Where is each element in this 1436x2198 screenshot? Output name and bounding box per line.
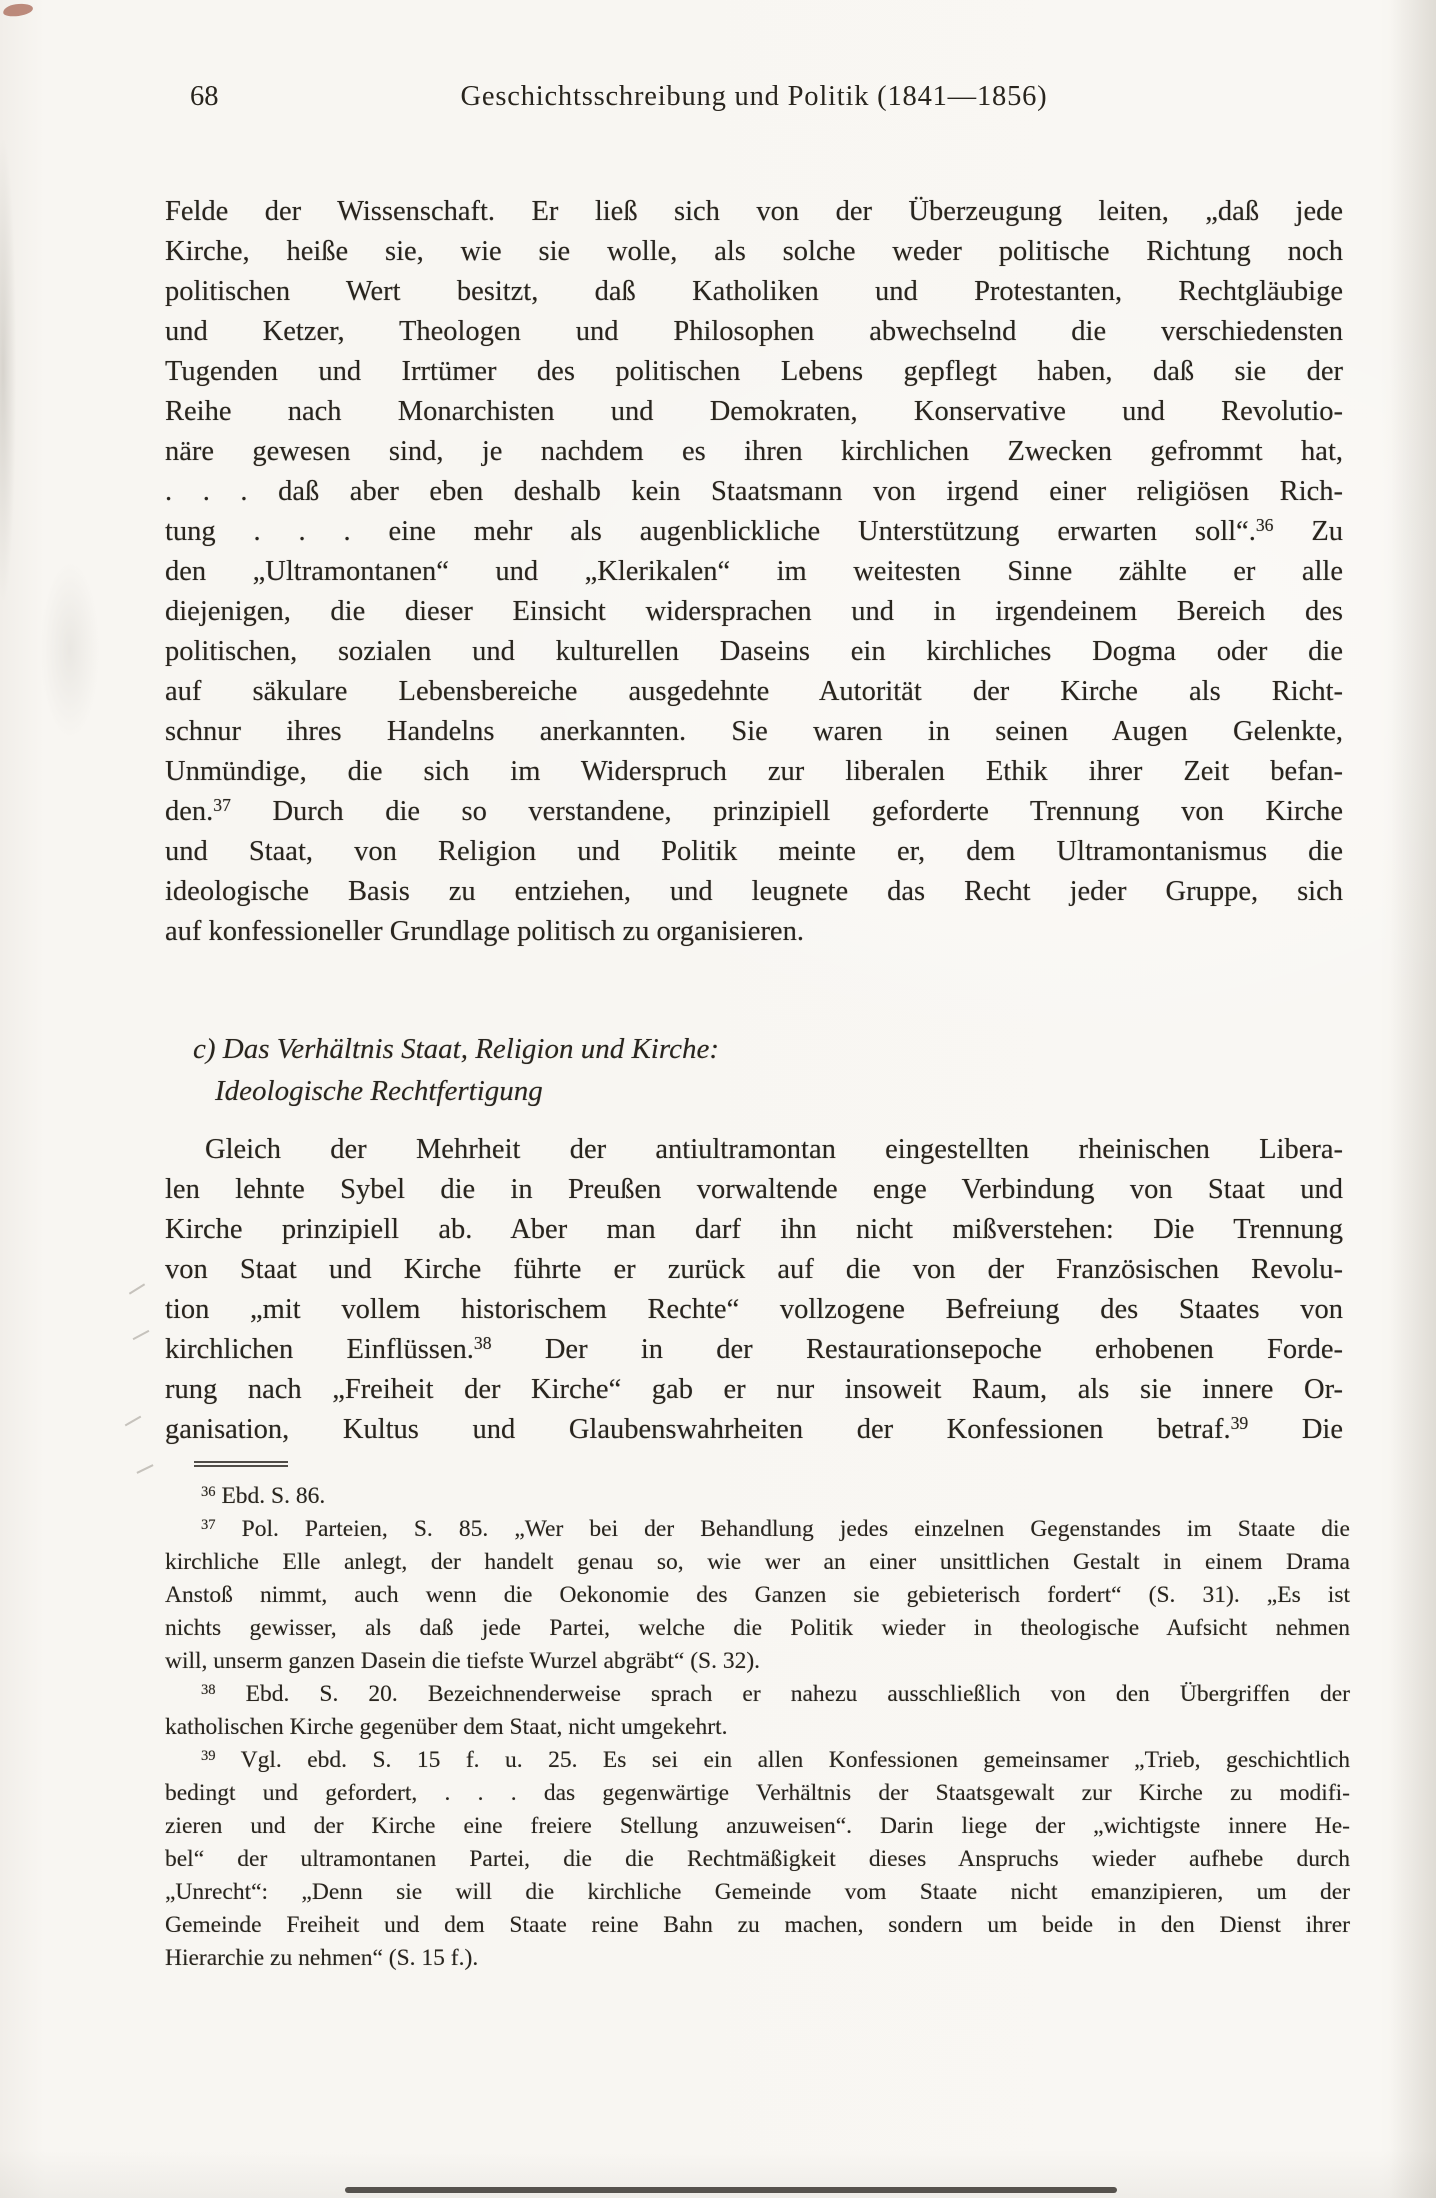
footnote-number: 36 bbox=[1256, 515, 1274, 535]
text-line: nichts gewisser, als daß jede Partei, we… bbox=[165, 1612, 1350, 1645]
text-line: kirchliche Elle anlegt, der handelt gena… bbox=[165, 1546, 1350, 1579]
footnote-number: 38 bbox=[201, 1682, 216, 1698]
scan-scratch bbox=[125, 1416, 142, 1427]
text-line: und Staat, von Religion und Politik mein… bbox=[165, 832, 1343, 872]
text-line: ganisation, Kultus und Glaubenswahrheite… bbox=[165, 1410, 1343, 1450]
text-line: Gleich der Mehrheit der antiultramontan … bbox=[165, 1130, 1343, 1170]
text-line: 36 Ebd. S. 86. bbox=[165, 1480, 1350, 1513]
text-line: schnur ihres Handelns anerkannten. Sie w… bbox=[165, 712, 1343, 752]
page-number: 68 bbox=[190, 80, 219, 114]
text-line: katholischen Kirche gegenüber dem Staat,… bbox=[165, 1711, 1350, 1744]
text-line: rung nach „Freiheit der Kirche“ gab er n… bbox=[165, 1370, 1343, 1410]
text-line: 37 Pol. Parteien, S. 85. „Wer bei der Be… bbox=[165, 1513, 1350, 1546]
text-line: 38 Ebd. S. 20. Bezeichnenderweise sprach… bbox=[165, 1678, 1350, 1711]
text-line: und Ketzer, Theologen und Philosophen ab… bbox=[165, 312, 1343, 352]
paragraph-1: Felde der Wissenschaft. Er ließ sich von… bbox=[165, 192, 1343, 952]
text-line: Gemeinde Freiheit und dem Staate reine B… bbox=[165, 1909, 1350, 1942]
text-line: kirchlichen Einflüssen.38 Der in der Res… bbox=[165, 1330, 1343, 1370]
footnote-number: 38 bbox=[474, 1333, 492, 1353]
text-line: den „Ultramontanen“ und „Klerikalen“ im … bbox=[165, 552, 1343, 592]
text-line: „Unrecht“: „Denn sie will die kirchliche… bbox=[165, 1876, 1350, 1909]
text-line: Felde der Wissenschaft. Er ließ sich von… bbox=[165, 192, 1343, 232]
running-title: Geschichtsschreibung und Politik (1841—1… bbox=[165, 80, 1343, 114]
scan-mark-bottom-edge bbox=[345, 2187, 1117, 2193]
scan-scratch bbox=[136, 1464, 153, 1474]
section-heading: c) Das Verhältnis Staat, Religion und Ki… bbox=[165, 1028, 1165, 1112]
text-line: bedingt und gefordert, . . . das gegenwä… bbox=[165, 1777, 1350, 1810]
scan-shade-bottom bbox=[0, 2150, 1436, 2198]
text-line: politischen, sozialen und kulturellen Da… bbox=[165, 632, 1343, 672]
text-line: Kirche prinzipiell ab. Aber man darf ihn… bbox=[165, 1210, 1343, 1250]
text-line: bel“ der ultramontanen Partei, die die R… bbox=[165, 1843, 1350, 1876]
section-heading-line2: Ideologische Rechtfertigung bbox=[165, 1070, 1165, 1112]
text-line: tung . . . eine mehr als augenblickliche… bbox=[165, 512, 1343, 552]
text-line: Anstoß nimmt, auch wenn die Oekonomie de… bbox=[165, 1579, 1350, 1612]
text-line: len lehnte Sybel die in Preußen vorwalte… bbox=[165, 1170, 1343, 1210]
page-header: 68 Geschichtsschreibung und Politik (184… bbox=[165, 80, 1343, 116]
footnotes: 36 Ebd. S. 86.37 Pol. Parteien, S. 85. „… bbox=[165, 1480, 1350, 1975]
footnote-number: 37 bbox=[213, 795, 231, 815]
text-line: den.37 Durch die so verstandene, prinzip… bbox=[165, 792, 1343, 832]
text-line: tion „mit vollem historischem Rechte“ vo… bbox=[165, 1290, 1343, 1330]
scan-scratch bbox=[129, 1283, 145, 1294]
footnote-36: 36 Ebd. S. 86. bbox=[165, 1480, 1350, 1513]
paragraph-2: Gleich der Mehrheit der antiultramontan … bbox=[165, 1130, 1343, 1450]
text-line: diejenigen, die dieser Einsicht widerspr… bbox=[165, 592, 1343, 632]
book-page: 68 Geschichtsschreibung und Politik (184… bbox=[0, 0, 1436, 2198]
text-line: will, unserm ganzen Dasein die tiefste W… bbox=[165, 1645, 1350, 1678]
text-line: von Staat und Kirche führte er zurück au… bbox=[165, 1250, 1343, 1290]
scan-smudge bbox=[40, 560, 100, 740]
scan-scratch bbox=[133, 1330, 150, 1340]
text-line: politischen Wert besitzt, daß Katholiken… bbox=[165, 272, 1343, 312]
text-line: . . . daß aber eben deshalb kein Staatsm… bbox=[165, 472, 1343, 512]
text-line: Tugenden und Irrtümer des politischen Le… bbox=[165, 352, 1343, 392]
footnote-37: 37 Pol. Parteien, S. 85. „Wer bei der Be… bbox=[165, 1513, 1350, 1678]
text-line: auf säkulare Lebensbereiche ausgedehnte … bbox=[165, 672, 1343, 712]
text-line: Hierarchie zu nehmen“ (S. 15 f.). bbox=[165, 1942, 1350, 1975]
text-line: 39 Vgl. ebd. S. 15 f. u. 25. Es sei ein … bbox=[165, 1744, 1350, 1777]
text-line: näre gewesen sind, je nachdem es ihren k… bbox=[165, 432, 1343, 472]
section-heading-line1: c) Das Verhältnis Staat, Religion und Ki… bbox=[165, 1028, 1165, 1070]
footnote-number: 36 bbox=[201, 1484, 216, 1500]
text-line: Unmündige, die sich im Widerspruch zur l… bbox=[165, 752, 1343, 792]
scan-smudge-left-edge bbox=[0, 140, 16, 600]
footnote-39: 39 Vgl. ebd. S. 15 f. u. 25. Es sei ein … bbox=[165, 1744, 1350, 1975]
footnote-number: 37 bbox=[201, 1517, 216, 1533]
footnote-separator bbox=[194, 1461, 288, 1467]
text-line: Reihe nach Monarchisten und Demokraten, … bbox=[165, 392, 1343, 432]
footnote-number: 39 bbox=[201, 1748, 216, 1764]
text-line: Kirche, heiße sie, wie sie wolle, als so… bbox=[165, 232, 1343, 272]
scan-stain-top-left bbox=[2, 2, 33, 18]
scan-shade-right bbox=[1390, 0, 1436, 2198]
footnote-38: 38 Ebd. S. 20. Bezeichnenderweise sprach… bbox=[165, 1678, 1350, 1744]
text-line: ideologische Basis zu entziehen, und leu… bbox=[165, 872, 1343, 912]
text-line: auf konfessioneller Grundlage politisch … bbox=[165, 912, 1343, 952]
text-line: zieren und der Kirche eine freiere Stell… bbox=[165, 1810, 1350, 1843]
footnote-number: 39 bbox=[1231, 1413, 1249, 1433]
